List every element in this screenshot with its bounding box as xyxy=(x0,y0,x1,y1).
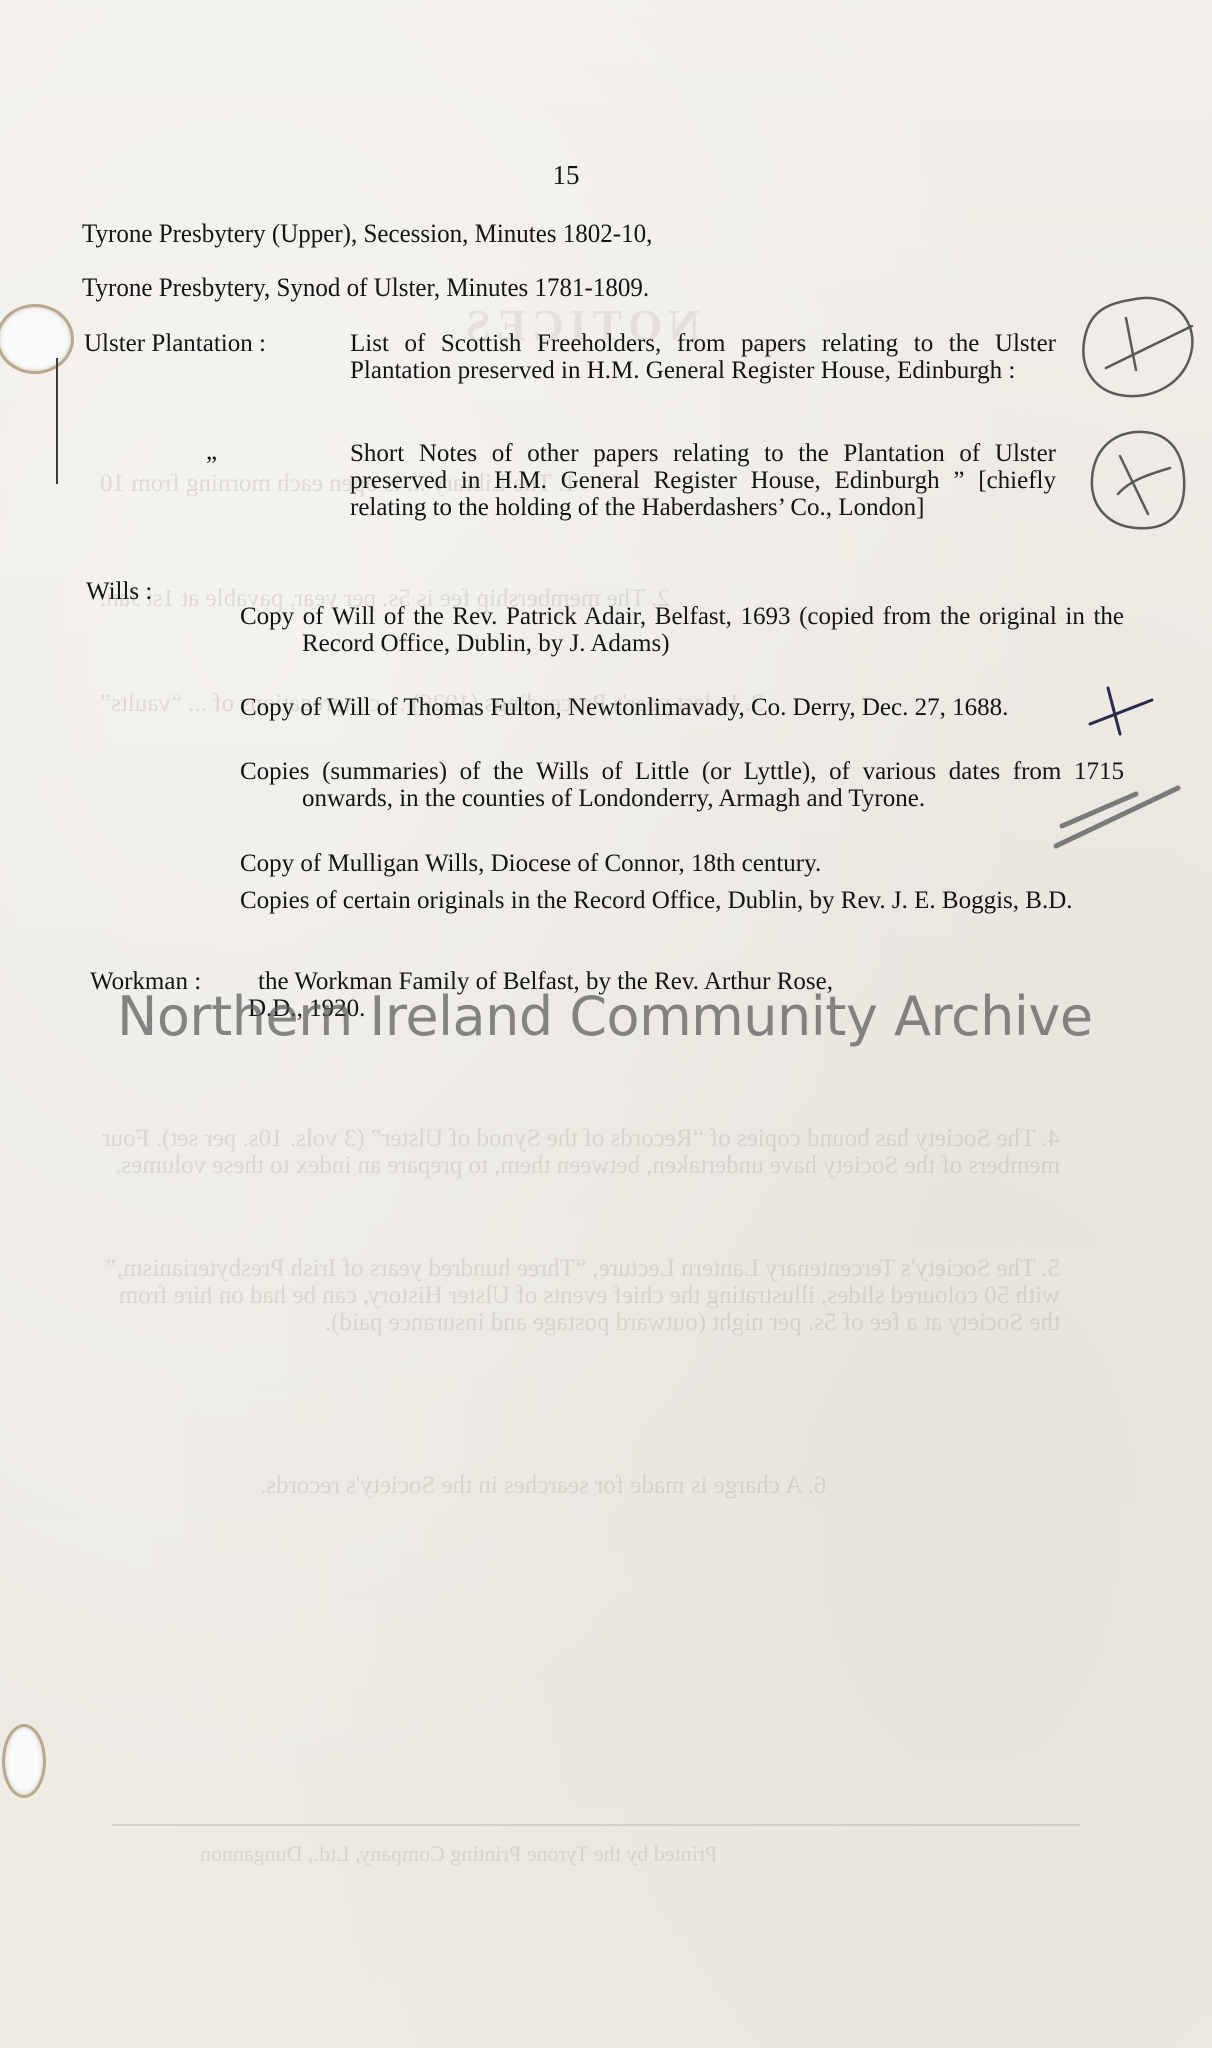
punch-hole-bottom xyxy=(2,1724,46,1798)
bleed-through-line: 6. A charge is made for searches in the … xyxy=(260,1472,826,1499)
bleed-through-line: 4. The Society has bound copies of “Reco… xyxy=(100,1125,1060,1179)
entry-tyrone-upper: Tyrone Presbytery (Upper), Secession, Mi… xyxy=(82,220,652,248)
bleed-through-line: Printed by the Tyrone Printing Company, … xyxy=(200,1840,717,1867)
ulster-plantation-item-1: List of Scottish Freeholders, from paper… xyxy=(350,330,1056,384)
bleed-through-line: 5. The Society's Tercentenary Lantern Le… xyxy=(100,1255,1060,1336)
will-item-text: Copy of Will of the Rev. Patrick Adair, … xyxy=(302,603,1124,657)
entry-tyrone-synod: Tyrone Presbytery, Synod of Ulster, Minu… xyxy=(82,274,649,302)
will-item-text: Copy of Mulligan Wills, Diocese of Conno… xyxy=(302,850,1124,877)
ulster-plantation-item-2-text: Short Notes of other papers relating to … xyxy=(350,440,1056,521)
will-item: Copy of Will of the Rev. Patrick Adair, … xyxy=(240,603,1124,657)
ulster-plantation-item-2: Short Notes of other papers relating to … xyxy=(350,440,1056,521)
page-number: 15 xyxy=(0,160,1132,191)
ulster-plantation-label: Ulster Plantation : xyxy=(84,330,266,357)
will-item-text: Copies of certain originals in the Recor… xyxy=(302,887,1124,914)
wills-label: Wills : xyxy=(86,578,152,605)
will-item-text: Copies (summaries) of the Wills of Littl… xyxy=(302,758,1124,812)
will-item-text: Copy of Will of Thomas Fulton, Newtonlim… xyxy=(302,694,1124,721)
pencil-margin-line xyxy=(56,358,58,484)
will-item: Copies of certain originals in the Recor… xyxy=(240,887,1124,914)
ulster-plantation-item-1-text: List of Scottish Freeholders, from paper… xyxy=(350,330,1056,384)
bleed-through-rule xyxy=(112,1824,1080,1826)
ditto-mark: ” xyxy=(206,452,217,479)
archive-watermark: Northern Ireland Community Archive xyxy=(117,985,1093,1048)
will-item: Copy of Mulligan Wills, Diocese of Conno… xyxy=(240,850,1124,877)
will-item: Copies (summaries) of the Wills of Littl… xyxy=(240,758,1124,812)
will-item: Copy of Will of Thomas Fulton, Newtonlim… xyxy=(240,694,1124,721)
